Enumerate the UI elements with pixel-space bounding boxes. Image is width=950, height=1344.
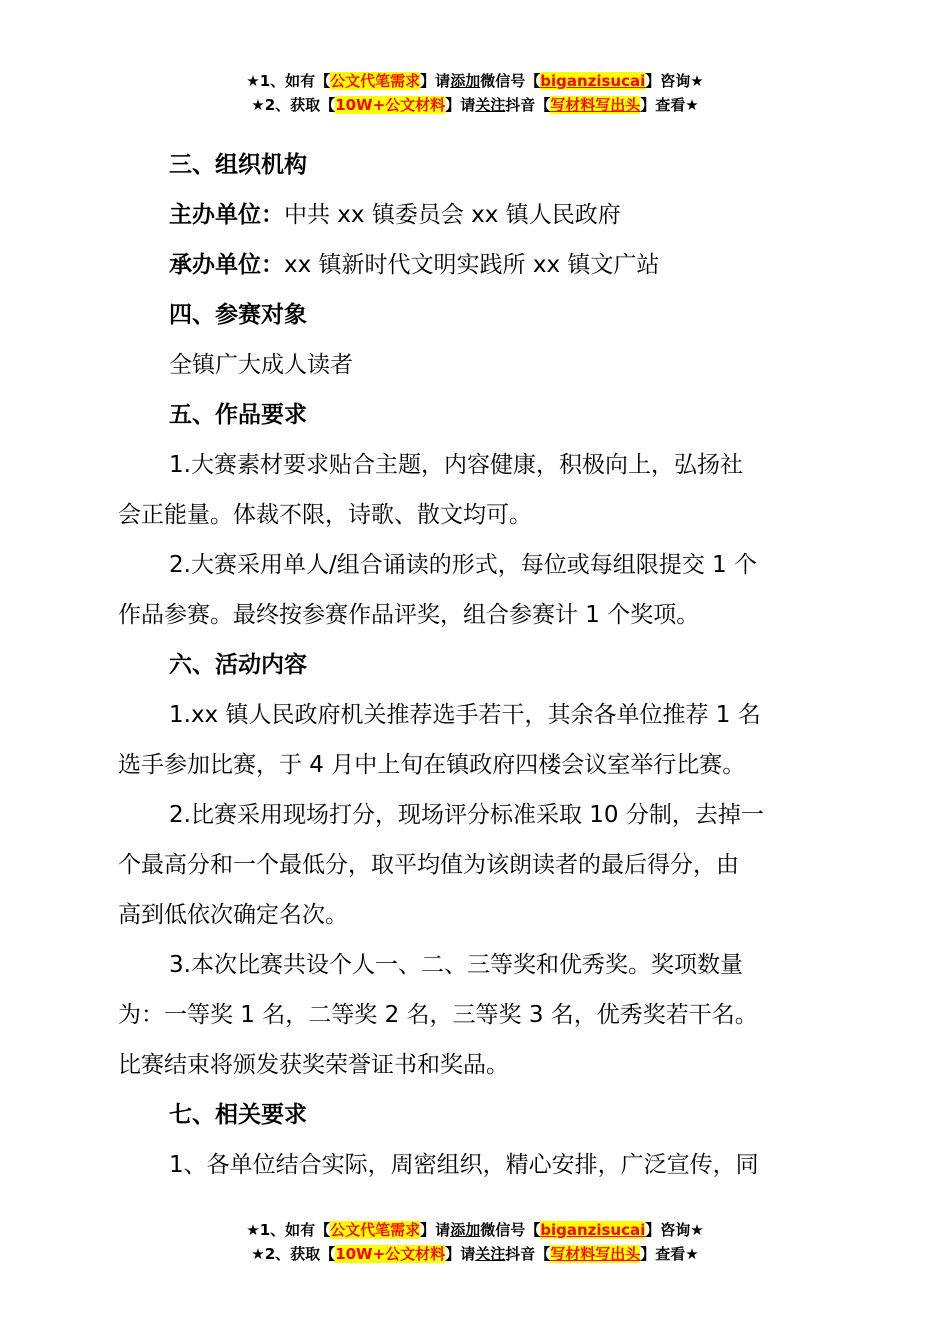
underlined-text: 关注	[475, 96, 505, 114]
section-heading-4: 四、参赛对象	[118, 290, 838, 340]
banner-line-2: ★2、获取【10W+公文材料】请关注抖音【写材料写出头】查看★	[0, 93, 950, 117]
undertaker-label: 承办单位：	[169, 252, 284, 278]
header-banner: ★1、如有【公文代笔需求】请添加微信号【biganzisucai】咨询★ ★2、…	[0, 69, 950, 117]
banner-text: 】请	[420, 1221, 450, 1239]
document-body: 三、组织机构 主办单位：中共 xx 镇委员会 xx 镇人民政府 承办单位：xx …	[118, 140, 838, 1190]
banner-text: 】请	[445, 1245, 475, 1263]
section-heading-7: 七、相关要求	[118, 1090, 838, 1140]
section-heading-6: 六、活动内容	[118, 640, 838, 690]
banner-text: 】查看★	[640, 1245, 698, 1263]
organizer-row: 主办单位：中共 xx 镇委员会 xx 镇人民政府	[118, 190, 838, 240]
wechat-id-highlight: biganzisucai	[540, 72, 645, 90]
banner-text: ★1、如有【	[246, 72, 330, 90]
banner-text: 】请	[420, 72, 450, 90]
paragraph-line: 2.大赛采用单人/组合诵读的形式，每位或每组限提交 1 个	[118, 540, 838, 590]
banner-text: ★2、获取【	[251, 1245, 335, 1263]
douyin-id-highlight: 写材料写出头	[550, 96, 640, 114]
underlined-text: 关注	[475, 1245, 505, 1263]
banner-line-2: ★2、获取【10W+公文材料】请关注抖音【写材料写出头】查看★	[0, 1242, 950, 1266]
paragraph-line: 1.xx 镇人民政府机关推荐选手若干，其余各单位推荐 1 名	[118, 690, 838, 740]
highlight-text: 公文代笔需求	[330, 1221, 420, 1239]
section-heading-3: 三、组织机构	[118, 140, 838, 190]
paragraph-line: 个最高分和一个最低分，取平均值为该朗读者的最后得分，由	[118, 840, 838, 890]
paragraph: 全镇广大成人读者	[118, 340, 838, 390]
organizer-label: 主办单位：	[169, 202, 284, 228]
paragraph-line: 1.大赛素材要求贴合主题，内容健康，积极向上，弘扬社	[118, 440, 838, 490]
banner-text: 】查看★	[640, 96, 698, 114]
banner-text: ★1、如有【	[246, 1221, 330, 1239]
paragraph-line: 1、各单位结合实际，周密组织，精心安排，广泛宣传，同	[118, 1140, 838, 1190]
douyin-id-highlight: 写材料写出头	[550, 1245, 640, 1263]
wechat-id-highlight: biganzisucai	[540, 1221, 645, 1239]
undertaker-value: xx 镇新时代文明实践所 xx 镇文广站	[284, 252, 659, 278]
banner-text: ★2、获取【	[251, 96, 335, 114]
highlight-text: 10W+公文材料	[335, 96, 445, 114]
banner-text: 】咨询★	[645, 72, 703, 90]
paragraph-line: 比赛结束将颁发获奖荣誉证书和奖品。	[118, 1040, 838, 1090]
highlight-text: 10W+公文材料	[335, 1245, 445, 1263]
paragraph-line: 选手参加比赛，于 4 月中上旬在镇政府四楼会议室举行比赛。	[118, 740, 838, 790]
underlined-text: 添加	[450, 72, 480, 90]
highlight-text: 公文代笔需求	[330, 72, 420, 90]
paragraph-line: 高到低依次确定名次。	[118, 890, 838, 940]
undertaker-row: 承办单位：xx 镇新时代文明实践所 xx 镇文广站	[118, 240, 838, 290]
banner-line-1: ★1、如有【公文代笔需求】请添加微信号【biganzisucai】咨询★	[0, 69, 950, 93]
banner-text: 抖音【	[505, 96, 550, 114]
paragraph-line: 2.比赛采用现场打分，现场评分标准采取 10 分制，去掉一	[118, 790, 838, 840]
paragraph-line: 3.本次比赛共设个人一、二、三等奖和优秀奖。奖项数量	[118, 940, 838, 990]
banner-line-1: ★1、如有【公文代笔需求】请添加微信号【biganzisucai】咨询★	[0, 1218, 950, 1242]
section-heading-5: 五、作品要求	[118, 390, 838, 440]
banner-text: 微信号【	[480, 72, 540, 90]
banner-text: 抖音【	[505, 1245, 550, 1263]
banner-text: 】请	[445, 96, 475, 114]
banner-text: 微信号【	[480, 1221, 540, 1239]
banner-text: 】咨询★	[645, 1221, 703, 1239]
paragraph-line: 会正能量。体裁不限，诗歌、散文均可。	[118, 490, 838, 540]
underlined-text: 添加	[450, 1221, 480, 1239]
organizer-value: 中共 xx 镇委员会 xx 镇人民政府	[284, 202, 621, 228]
paragraph-line: 为：一等奖 1 名，二等奖 2 名，三等奖 3 名，优秀奖若干名。	[118, 990, 838, 1040]
footer-banner: ★1、如有【公文代笔需求】请添加微信号【biganzisucai】咨询★ ★2、…	[0, 1218, 950, 1266]
paragraph-line: 作品参赛。最终按参赛作品评奖，组合参赛计 1 个奖项。	[118, 590, 838, 640]
